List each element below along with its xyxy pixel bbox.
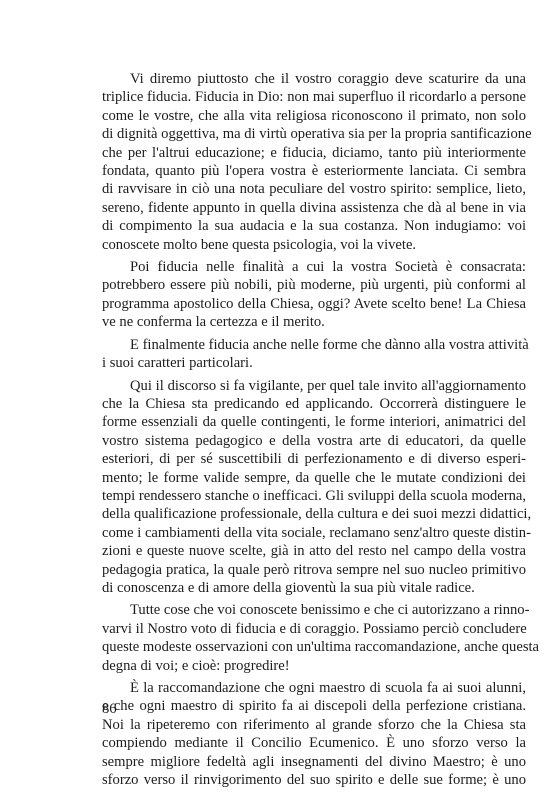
paragraph-fiducia-finalita: Poi fiducia nelle finalità a cui la vost… <box>102 258 526 332</box>
text-line: È la raccomandazione che ogni maestro di… <box>102 679 526 697</box>
text-line: di ravvisare in ciò una nota peculiare d… <box>102 180 526 198</box>
text-line: tempi rendessero stanche o inefficaci. G… <box>102 487 526 505</box>
text-line: di compimento la sua audacia e la sua co… <box>102 217 526 235</box>
text-line: triplice fiducia. Fiducia in Dio: non ma… <box>102 88 526 106</box>
text-line: esteriori, di per sé suscettibili di per… <box>102 450 526 468</box>
text-line: che la Chiesa sta predicando ed applican… <box>102 395 526 413</box>
text-line: che per l'altrui educazione; e fiducia, … <box>102 144 526 162</box>
text-line: e che ogni maestro di spirito fa ai disc… <box>102 697 526 715</box>
text-line: conoscete molto bene questa psicologia, … <box>102 236 526 254</box>
text-line: Vi diremo piuttosto che il vostro coragg… <box>102 70 526 88</box>
text-line: Poi fiducia nelle finalità a cui la vost… <box>102 258 526 276</box>
text-line: ve ne conferma la certezza e il merito. <box>102 313 526 331</box>
paragraph-fiducia-forme: E finalmente fiducia anche nelle forme c… <box>102 336 526 373</box>
text-line: pedagogia pratica, la quale però ritrova… <box>102 561 526 579</box>
text-line: come i cambiamenti della vita sociale, r… <box>102 524 526 542</box>
text-line: forme essenziali da quelle contingenti, … <box>102 413 526 431</box>
text-line: fondata, quanto più l'opera vostra è est… <box>102 162 526 180</box>
text-line: vostro sistema pedagogico e della vostra… <box>102 432 526 450</box>
text-line: zioni e queste nuove scelte, già in atto… <box>102 542 526 560</box>
page-number: 86 <box>102 701 117 718</box>
text-line: varvi il Nostro voto di fiducia e di cor… <box>102 620 526 638</box>
paragraph-progredire: Tutte cose che voi conoscete benissimo e… <box>102 601 526 675</box>
text-line: potrebbero essere più nobili, più modern… <box>102 276 526 294</box>
page-body: Vi diremo piuttosto che il vostro coragg… <box>102 70 526 789</box>
text-line: come le vostre, che alla vita religiosa … <box>102 107 526 125</box>
text-line: programma apostolico della Chiesa, oggi?… <box>102 295 526 313</box>
paragraph-raccomandazione: È la raccomandazione che ogni maestro di… <box>102 679 526 789</box>
text-line: degna di voi; e cioè: progredire! <box>102 657 526 675</box>
paragraph-aggiornamento: Qui il discorso si fa vigilante, per que… <box>102 377 526 598</box>
text-line: compiendo mediante il Concilio Ecumenico… <box>102 734 526 752</box>
text-line: sforzo verso il rinvigorimento del suo s… <box>102 771 526 789</box>
text-line: mento; le forme valide sempre, da quelle… <box>102 469 526 487</box>
text-line: di dignità oggettiva, ma di virtù operat… <box>102 125 526 143</box>
text-line: E finalmente fiducia anche nelle forme c… <box>102 336 526 354</box>
text-line: sereno, fidente appunto in quella divina… <box>102 199 526 217</box>
text-line: sempre migliore fedeltà agli insegnament… <box>102 753 526 771</box>
text-line: Noi la ripeteremo con riferimento al gra… <box>102 716 526 734</box>
text-line: di conoscenza e di amore della gioventù … <box>102 579 526 597</box>
text-line: Qui il discorso si fa vigilante, per que… <box>102 377 526 395</box>
paragraph-fiducia-in-dio: Vi diremo piuttosto che il vostro coragg… <box>102 70 526 254</box>
text-line: i suoi caratteri particolari. <box>102 354 526 372</box>
text-line: Tutte cose che voi conoscete benissimo e… <box>102 601 526 619</box>
text-line: della qualificazione professionale, dell… <box>102 505 526 523</box>
text-line: queste modeste osservazioni con un'ultim… <box>102 638 526 656</box>
